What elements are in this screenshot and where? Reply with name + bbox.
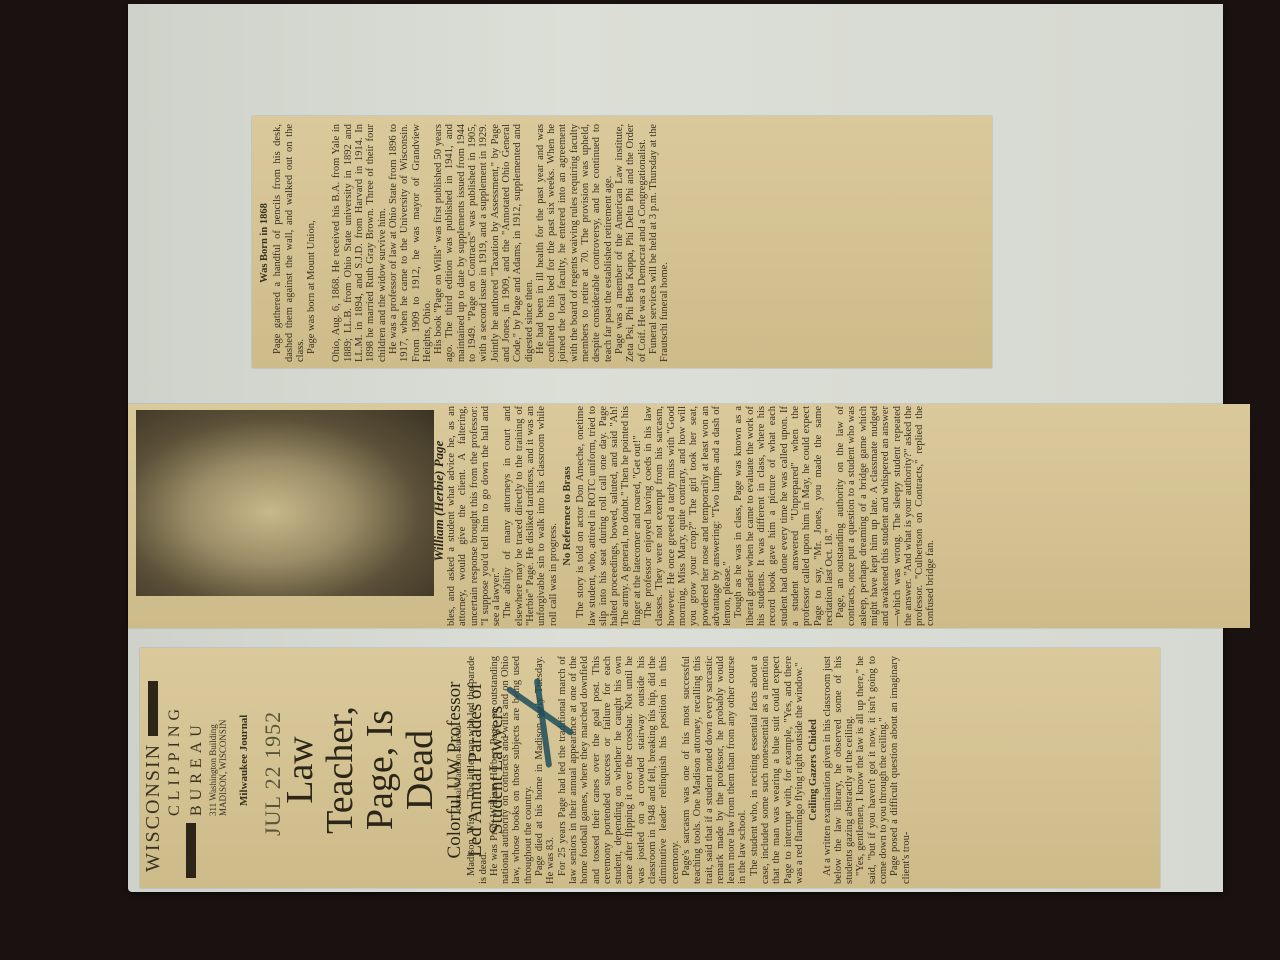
bureau-name: WISCONSIN: [142, 666, 164, 876]
bureau-address-1: 311 Washington Building: [208, 666, 218, 876]
headline-block: Law Teacher, Page, Is Dead Colorful UW P…: [280, 654, 440, 886]
paragraph: Tough as he was in class, Page was known…: [733, 406, 835, 626]
paragraph: Madison, Wis. — The little man who led t…: [466, 656, 489, 884]
clipping-headline-column: WISCONSIN CLIPPING BUREAU 311 Washington…: [140, 648, 1160, 888]
paragraph: Page's sarcasm was one of his most succe…: [681, 656, 749, 884]
subhead-ceiling-gazers: Ceiling Gazers Chided: [808, 656, 819, 884]
clipping-photo-column: William (Herbie) Page bles, and asked a …: [128, 404, 1250, 628]
paragraph: The ability of many attorneys in court a…: [502, 406, 558, 626]
publication-name: Milwaukee Journal: [238, 666, 250, 876]
paragraph: The professor enjoyed having coeds in hi…: [643, 406, 733, 626]
paragraph: "Yes, gentlemen, I know the law is all u…: [855, 656, 889, 884]
byline: Journal Madison Bureau: [453, 656, 464, 884]
paragraph: Page gathered a handful of pencils from …: [272, 124, 306, 362]
paragraph: The story is told on actor Don Ameche, o…: [575, 406, 643, 626]
photo-caption: William (Herbie) Page: [431, 408, 447, 594]
portrait-photo: [136, 410, 434, 596]
paragraph: He had been in ill health for the past y…: [535, 124, 614, 362]
paragraph: His book "Page on Wills" was first publi…: [433, 124, 535, 362]
bureau-address-2: MADISON, WISCONSIN: [218, 666, 228, 876]
clipping-bureau-stamp: WISCONSIN CLIPPING BUREAU 311 Washington…: [142, 654, 282, 886]
subhead-no-reference-to-brass: No Reference to Brass: [562, 406, 573, 626]
article-column-1: Journal Madison Bureau Madison, Wis. — T…: [450, 656, 1150, 884]
paragraph: Page, an outstanding authority on the la…: [835, 406, 937, 626]
paragraph: At a written examination given in his cl…: [822, 656, 856, 884]
paragraph: Funeral services will be held at 3 p.m. …: [648, 124, 671, 362]
paragraph: Page was born at Mount Union,: [306, 124, 317, 362]
headline: Law Teacher, Page, Is Dead: [280, 670, 440, 870]
article-column-3: Was Born in 1868 Page gathered a handful…: [256, 124, 986, 362]
clipping-biography-column: Was Born in 1868 Page gathered a handful…: [252, 116, 992, 368]
article-column-2: bles, and asked a student what advice he…: [446, 406, 1236, 626]
paragraph: The student who, in reciting essential f…: [749, 656, 805, 884]
paragraph: Page was a member of the American Law in…: [614, 124, 648, 362]
paragraph: bles, and asked a student what advice he…: [446, 406, 502, 626]
subhead-was-born: Was Born in 1868: [259, 124, 270, 362]
paragraph: Ohio, Aug. 6, 1868. He received his B.A.…: [331, 124, 387, 362]
paragraph: For 25 years Page had led the traditiona…: [557, 656, 681, 884]
paragraph: Page posed a difficult question about an…: [889, 656, 912, 884]
paragraph: He was a professor of law at Ohio State …: [388, 124, 433, 362]
bureau-subtitle: CLIPPING BUREAU: [164, 666, 208, 876]
